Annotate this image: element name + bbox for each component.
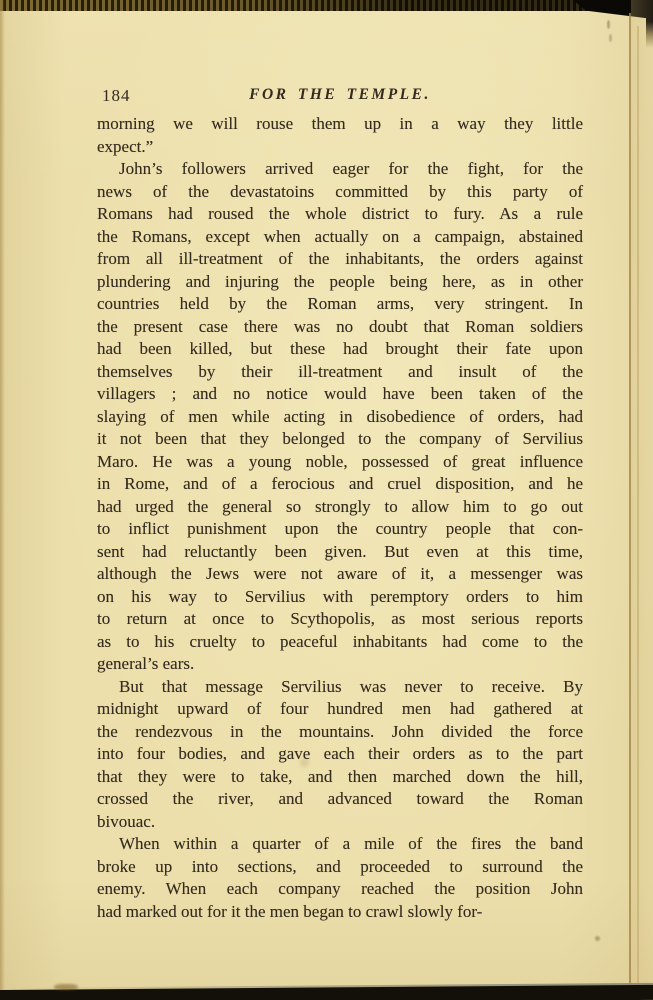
text-line: bivouac. xyxy=(97,811,583,834)
text-line: broke up into sections, and proceeded to… xyxy=(97,856,583,879)
text-line: from all ill-treatment of the inhabitant… xyxy=(97,248,583,271)
paper-speck xyxy=(607,20,610,29)
text-line: morning we will rouse them up in a way t… xyxy=(97,113,583,136)
paper-stain xyxy=(54,984,78,990)
text-line: Maro. He was a young noble, possessed of… xyxy=(97,451,583,474)
text-line: enemy. When each company reached the pos… xyxy=(97,878,583,901)
text-line: John’s followers arrived eager for the f… xyxy=(97,158,583,181)
body-text: morning we will rouse them up in a way t… xyxy=(97,113,583,923)
text-line: it not been that they belonged to the co… xyxy=(97,428,583,451)
page-right-edge-shade xyxy=(631,0,653,1000)
paragraph: morning we will rouse them up in a way t… xyxy=(97,113,583,158)
text-line: news of the devastatoins committed by th… xyxy=(97,181,583,204)
text-line: plundering and injuring the people being… xyxy=(97,271,583,294)
text-line: But that message Servilius was never to … xyxy=(97,676,583,699)
paper-speck xyxy=(595,936,600,941)
text-line: When within a quarter of a mile of the f… xyxy=(97,833,583,856)
text-line: into four bodies, and gave each their or… xyxy=(97,743,583,766)
text-line: on his way to Servilius with peremptory … xyxy=(97,586,583,609)
text-line: general’s ears. xyxy=(97,653,583,676)
page-edge-line xyxy=(629,13,631,1000)
text-line: themselves by their ill-treatment and in… xyxy=(97,361,583,384)
text-line: midnight upward of four hundred men had … xyxy=(97,698,583,721)
text-line: crossed the river, and advanced toward t… xyxy=(97,788,583,811)
page-header: 184 FOR THE TEMPLE. xyxy=(97,86,583,104)
page-left-edge-shadow xyxy=(0,0,5,1000)
text-line: had marked out for it the men began to c… xyxy=(97,901,583,924)
paragraph: When within a quarter of a mile of the f… xyxy=(97,833,583,923)
paragraph: John’s followers arrived eager for the f… xyxy=(97,158,583,676)
text-line: had urged the general so strongly to all… xyxy=(97,496,583,519)
text-block: 184 FOR THE TEMPLE. morning we will rous… xyxy=(97,86,583,923)
running-title: FOR THE TEMPLE. xyxy=(97,86,583,104)
text-line: expect.” xyxy=(97,136,583,159)
text-line: the Romans, except when actually on a ca… xyxy=(97,226,583,249)
text-line: to inflict punishment upon the country p… xyxy=(97,518,583,541)
page-number: 184 xyxy=(102,86,131,106)
text-line: had been killed, but these had brought t… xyxy=(97,338,583,361)
text-line: although the Jews were not aware of it, … xyxy=(97,563,583,586)
text-line: that they were to take, and then marched… xyxy=(97,766,583,789)
paper-speck xyxy=(609,34,612,42)
scanned-book-page: 184 FOR THE TEMPLE. morning we will rous… xyxy=(0,0,653,1000)
text-line: villagers ; and no notice would have bee… xyxy=(97,383,583,406)
text-line: countries held by the Roman arms, very s… xyxy=(97,293,583,316)
paragraph: But that message Servilius was never to … xyxy=(97,676,583,834)
text-line: the present case there was no doubt that… xyxy=(97,316,583,339)
text-line: the rendezvous in the mountains. John di… xyxy=(97,721,583,744)
text-line: sent had reluctantly been given. But eve… xyxy=(97,541,583,564)
text-line: slaying of men while acting in disobedie… xyxy=(97,406,583,429)
text-line: to return at once to Scythopolis, as mos… xyxy=(97,608,583,631)
text-line: as to his cruelty to peaceful inhabitant… xyxy=(97,631,583,654)
text-line: Romans had roused the whole district to … xyxy=(97,203,583,226)
text-line: in Rome, and of a ferocious and cruel di… xyxy=(97,473,583,496)
page-edge-line-secondary xyxy=(637,26,639,1000)
book-cloth-top-edge xyxy=(0,0,653,11)
